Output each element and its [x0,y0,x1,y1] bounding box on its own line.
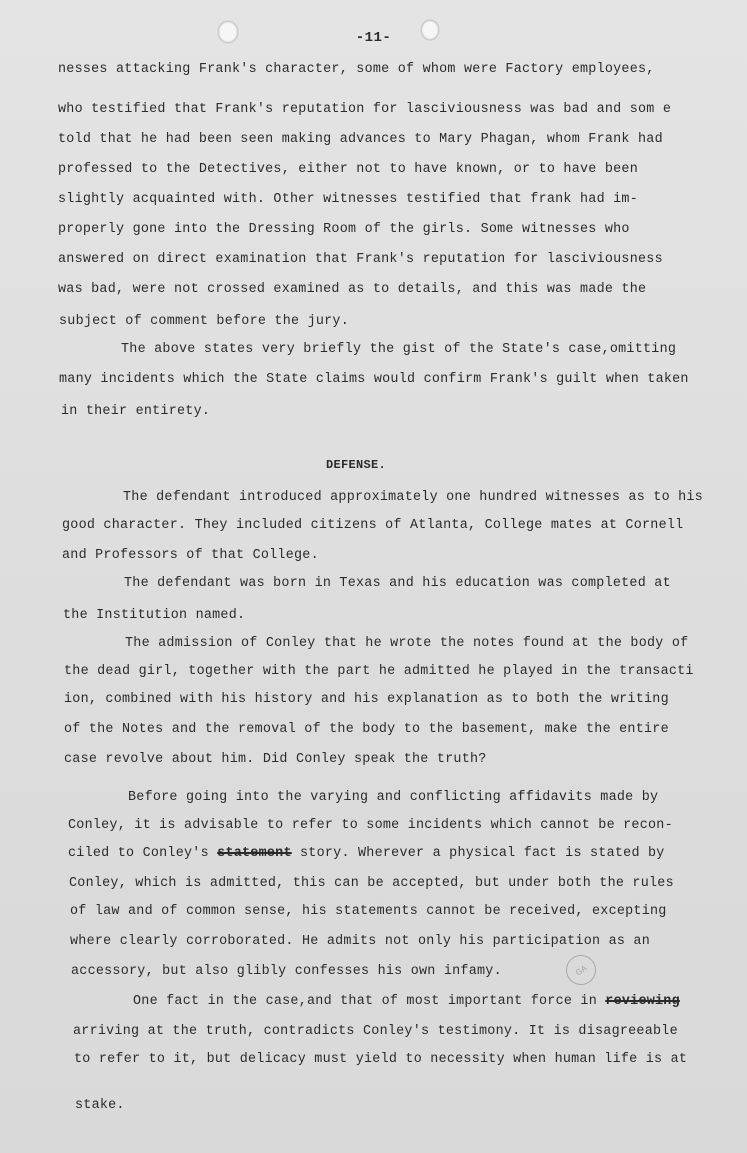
text-line: professed to the Detectives, either not … [58,162,638,178]
text-line-content: subject of comment before the jury. [59,314,349,329]
text-line: properly gone into the Dressing Room of … [58,222,630,238]
text-line-content: many incidents which the State claims wo… [59,372,689,387]
struck-through-word: statement [217,846,292,861]
text-line: in their entirety. [61,404,210,420]
document-page: -11- nesses attacking Frank's character,… [0,0,747,1153]
text-line-content: where clearly corroborated. He admits no… [70,934,650,949]
text-line-content: the dead girl, together with the part he… [64,664,694,679]
text-line-content: The above states very briefly the gist o… [121,342,676,357]
page-number: -11- [0,30,747,46]
text-line-content: in their entirety. [61,404,210,419]
text-line: ciled to Conley's statement story. Where… [68,846,665,862]
text-line: slightly acquainted with. Other witnesse… [58,192,638,208]
text-line: arriving at the truth, contradicts Conle… [73,1024,678,1040]
text-line-content: Conley, which is admitted, this can be a… [69,876,674,891]
text-line: The above states very briefly the gist o… [121,342,676,358]
text-line: who testified that Frank's reputation fo… [58,102,671,118]
text-line-content: to refer to it, but delicacy must yield … [74,1052,687,1067]
text-line: subject of comment before the jury. [59,314,349,330]
text-line-content: professed to the Detectives, either not … [58,162,638,177]
text-line: to refer to it, but delicacy must yield … [74,1052,687,1068]
text-line-content: slightly acquainted with. Other witnesse… [58,192,638,207]
text-line: case revolve about him. Did Conley speak… [64,752,487,768]
text-line-content: arriving at the truth, contradicts Conle… [73,1024,678,1039]
text-line: of the Notes and the removal of the body… [64,722,669,738]
text-line: ion, combined with his history and his e… [64,692,669,708]
text-line-content: who testified that Frank's reputation fo… [58,102,671,117]
text-line-content: and Professors of that College. [62,548,319,563]
text-line-content: accessory, but also glibly confesses his… [71,964,502,979]
text-line: answered on direct examination that Fran… [58,252,663,268]
text-line: was bad, were not crossed examined as to… [58,282,646,298]
text-line-content: ion, combined with his history and his e… [64,692,669,707]
text-line-content: Before going into the varying and confli… [128,790,658,805]
text-line: The defendant was born in Texas and his … [124,576,671,592]
text-line: told that he had been seen making advanc… [58,132,663,148]
text-line: Conley, which is admitted, this can be a… [69,876,674,892]
text-line-content: told that he had been seen making advanc… [58,132,663,147]
text-line: where clearly corroborated. He admits no… [70,934,650,950]
text-line: the Institution named. [63,608,245,624]
text-line: many incidents which the State claims wo… [59,372,689,388]
text-line-content: the Institution named. [63,608,245,623]
text-line: The admission of Conley that he wrote th… [125,636,688,652]
text-line-content: of law and of common sense, his statemen… [70,904,667,919]
text-line-content: was bad, were not crossed examined as to… [58,282,646,297]
text-line: nesses attacking Frank's character, some… [58,62,655,78]
text-line: Conley, it is advisable to refer to some… [68,818,673,834]
archive-stamp-icon: GA [560,949,602,991]
text-line: the dead girl, together with the part he… [64,664,694,680]
text-line: and Professors of that College. [62,548,319,564]
text-line: of law and of common sense, his statemen… [70,904,667,920]
text-line-content: The admission of Conley that he wrote th… [125,636,688,651]
struck-through-word: reviewing [605,994,680,1009]
text-line: accessory, but also glibly confesses his… [71,964,502,980]
text-line-content: case revolve about him. Did Conley speak… [64,752,487,767]
text-line-content: One fact in the case,and that of most im… [133,994,605,1009]
text-line-content: The defendant was born in Texas and his … [124,576,671,591]
text-line-content: Conley, it is advisable to refer to some… [68,818,673,833]
text-line-content: stake. [75,1098,125,1113]
text-line: Before going into the varying and confli… [128,790,658,806]
text-line-content: answered on direct examination that Fran… [58,252,663,267]
text-line: stake. [75,1098,125,1114]
section-heading-defense: DEFENSE. [326,458,386,472]
text-line-content: properly gone into the Dressing Room of … [58,222,630,237]
text-line-content: nesses attacking Frank's character, some… [58,62,655,77]
text-line-content: good character. They included citizens o… [62,518,683,533]
text-line: good character. They included citizens o… [62,518,683,534]
text-line-content: The defendant introduced approximately o… [123,490,703,505]
text-line: The defendant introduced approximately o… [123,490,703,506]
text-line-content: ciled to Conley's [68,846,217,861]
text-line-content: of the Notes and the removal of the body… [64,722,669,737]
text-line-continuation: story. Wherever a physical fact is state… [292,846,665,861]
text-line: One fact in the case,and that of most im… [133,994,680,1010]
